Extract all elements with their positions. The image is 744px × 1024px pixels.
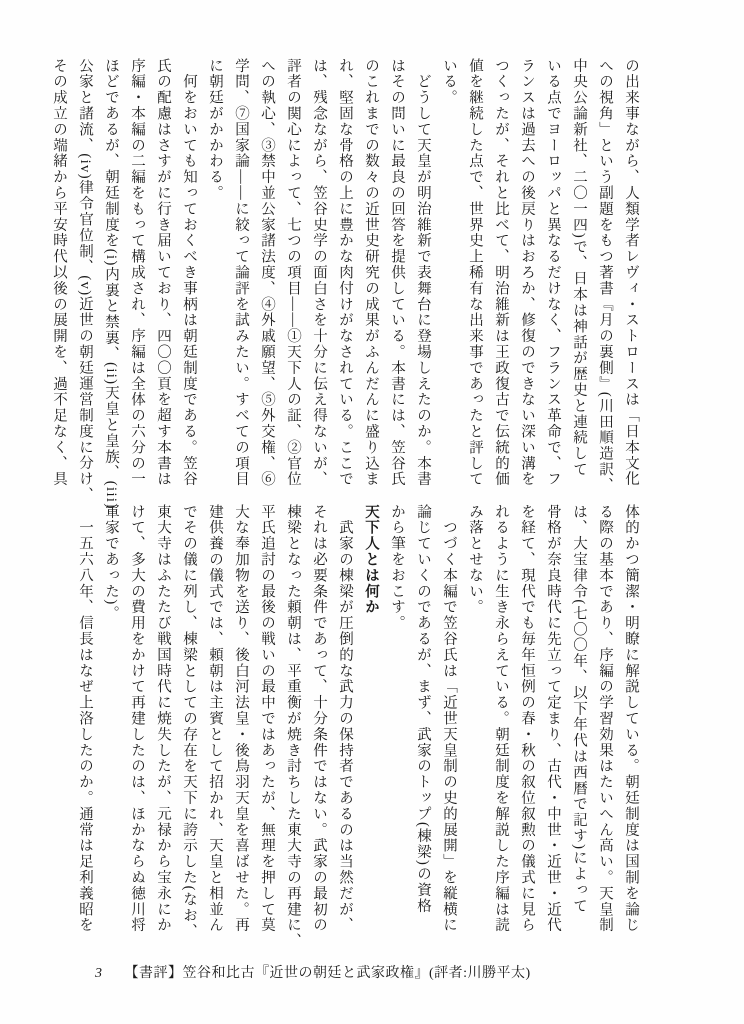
text-column: 建供養の儀式では、頼朝は主賓として招かれ、天皇と相並ん — [202, 504, 228, 966]
text-column: 中央公論新社、二〇一四)で、日本は神話が歴史と連続して — [566, 58, 592, 492]
text-column: 平氏追討の最後の戦いの最中ではあったが、無理を押して莫 — [254, 504, 280, 966]
text-column: 公家と諸流、(iv)律令官位制、(v)近世の朝廷運営制度に分け、 — [72, 58, 98, 492]
text-column: 何をおいても知っておくべき事柄は朝廷制度である。笠谷 — [176, 58, 202, 492]
text-column: のこれまでの数々の近世史研究の成果がふんだんに盛り込ま — [358, 58, 384, 492]
text-column: はその問いに最良の回答を提供している。本書には、笠谷氏 — [384, 58, 410, 492]
text-column: 武家の棟梁が圧倒的な武力の保持者であるのは当然だが、 — [332, 504, 358, 966]
text-column: でその儀に列し、棟梁としての存在を天下に誇示した(なお、 — [176, 504, 202, 966]
text-column: 一五六八年、信長はなぜ上洛したのか。通常は足利義昭を — [72, 504, 98, 966]
text-column: 学問、⑦国家論――に絞って論評を試みたい。すべての項目 — [228, 58, 254, 492]
document-page: の出来事ながら、人類学者レヴィ・ストロースは「日本文化への視角」という副題をもつ… — [0, 0, 744, 1024]
text-column: 値を継続した点で、世界史上稀有な出来事であったと評して — [462, 58, 488, 492]
text-column: 大な奉加物を送り、後白河法皇・後鳥羽天皇を喜ばせた。再 — [228, 504, 254, 966]
text-column: けて、多大の費用をかけて再建したのは、ほかならぬ徳川将 — [124, 504, 150, 966]
page-number: 3 — [95, 966, 103, 981]
text-column: 論じていくのであるが、まず、武家のトップ(棟梁)の資格 — [410, 504, 436, 966]
bottom-text-block: 体的かつ簡潔・明瞭に解説している。朝廷制度は国制を論じる際の基本であり、序編の学… — [56, 504, 644, 966]
text-column: ほどであるが、朝廷制度を(i)内裏と禁裏、(ii)天皇と皇族、(iii) — [98, 58, 124, 492]
text-column: 序編・本編の二編をもって構成され、序編は全体の六分の一 — [124, 58, 150, 492]
text-column: は、大宝律令(七〇〇年、以下年代は西暦で記す)によって — [566, 504, 592, 966]
text-column: つづく本編で笠谷氏は「近世天皇制の史的展開」を縦横に — [436, 504, 462, 966]
text-column: いる点でヨーロッパと異なるだけなく、フランス革命で、フ — [540, 58, 566, 492]
text-column: を経て、現代でも毎年恒例の春・秋の叙位叙勲の儀式に見ら — [514, 504, 540, 966]
text-column: れ、堅固な骨格の上に豊かな肉付けがなされている。ここで — [332, 58, 358, 492]
text-column: に朝廷がかかわる。 — [202, 58, 228, 492]
text-column: み落とせない。 — [462, 504, 488, 966]
text-column: る際の基本であり、序編の学習効果はたいへん高い。天皇制 — [592, 504, 618, 966]
text-column: ランスは過去への後戻りはおろか、修復のできない深い溝を — [514, 58, 540, 492]
top-text-block: の出来事ながら、人類学者レヴィ・ストロースは「日本文化への視角」という副題をもつ… — [56, 58, 644, 492]
footer-title: 【書評】笠谷和比古『近世の朝廷と武家政権』(評者:川勝平太) — [125, 966, 531, 981]
text-column: 評者の関心によって、七つの項目――①天下人の証、②官位 — [280, 58, 306, 492]
text-column: 軍家であった)。 — [98, 504, 124, 966]
text-column: 棟梁となった頼朝は、平重衡が焼き討ちした東大寺の再建に、 — [280, 504, 306, 966]
text-column: つくったが、それと比べて、明治維新は王政復古で伝統的価 — [488, 58, 514, 492]
text-column: から筆をおこす。 — [384, 504, 410, 966]
text-column: 東大寺はふたたび戦国時代に焼失したが、元禄から宝永にか — [150, 504, 176, 966]
section-heading: 天下人とは何か — [358, 504, 384, 966]
footer: 3【書評】笠谷和比古『近世の朝廷と武家政権』(評者:川勝平太) — [95, 962, 531, 982]
text-column: への視角」という副題をもつ著書『月の裏側』(川田順造訳、 — [592, 58, 618, 492]
text-column: それは必要条件であって、十分条件ではない。武家の最初の — [306, 504, 332, 966]
text-column: いる。 — [436, 58, 462, 492]
text-column: れるように生き永らえている。朝廷制度を解説した序編は読 — [488, 504, 514, 966]
text-column: その成立の端緒から平安時代以後の展開を、過不足なく、具 — [46, 58, 72, 492]
text-column: は、残念ながら、笠谷史学の面白さを十分に伝え得ないが、 — [306, 58, 332, 492]
text-column: 骨格が奈良時代に先立って定まり、古代・中世・近世・近代 — [540, 504, 566, 966]
text-column: 氏の配慮はさすがに行き届いており、四〇〇頁を超す本書は — [150, 58, 176, 492]
text-column: の出来事ながら、人類学者レヴィ・ストロースは「日本文化 — [618, 58, 644, 492]
text-column: への執心、③禁中並公家諸法度、④外戚願望、⑤外交権、⑥ — [254, 58, 280, 492]
text-column: どうして天皇が明治維新で表舞台に登場しえたのか。本書 — [410, 58, 436, 492]
text-column: 体的かつ簡潔・明瞭に解説している。朝廷制度は国制を論じ — [618, 504, 644, 966]
